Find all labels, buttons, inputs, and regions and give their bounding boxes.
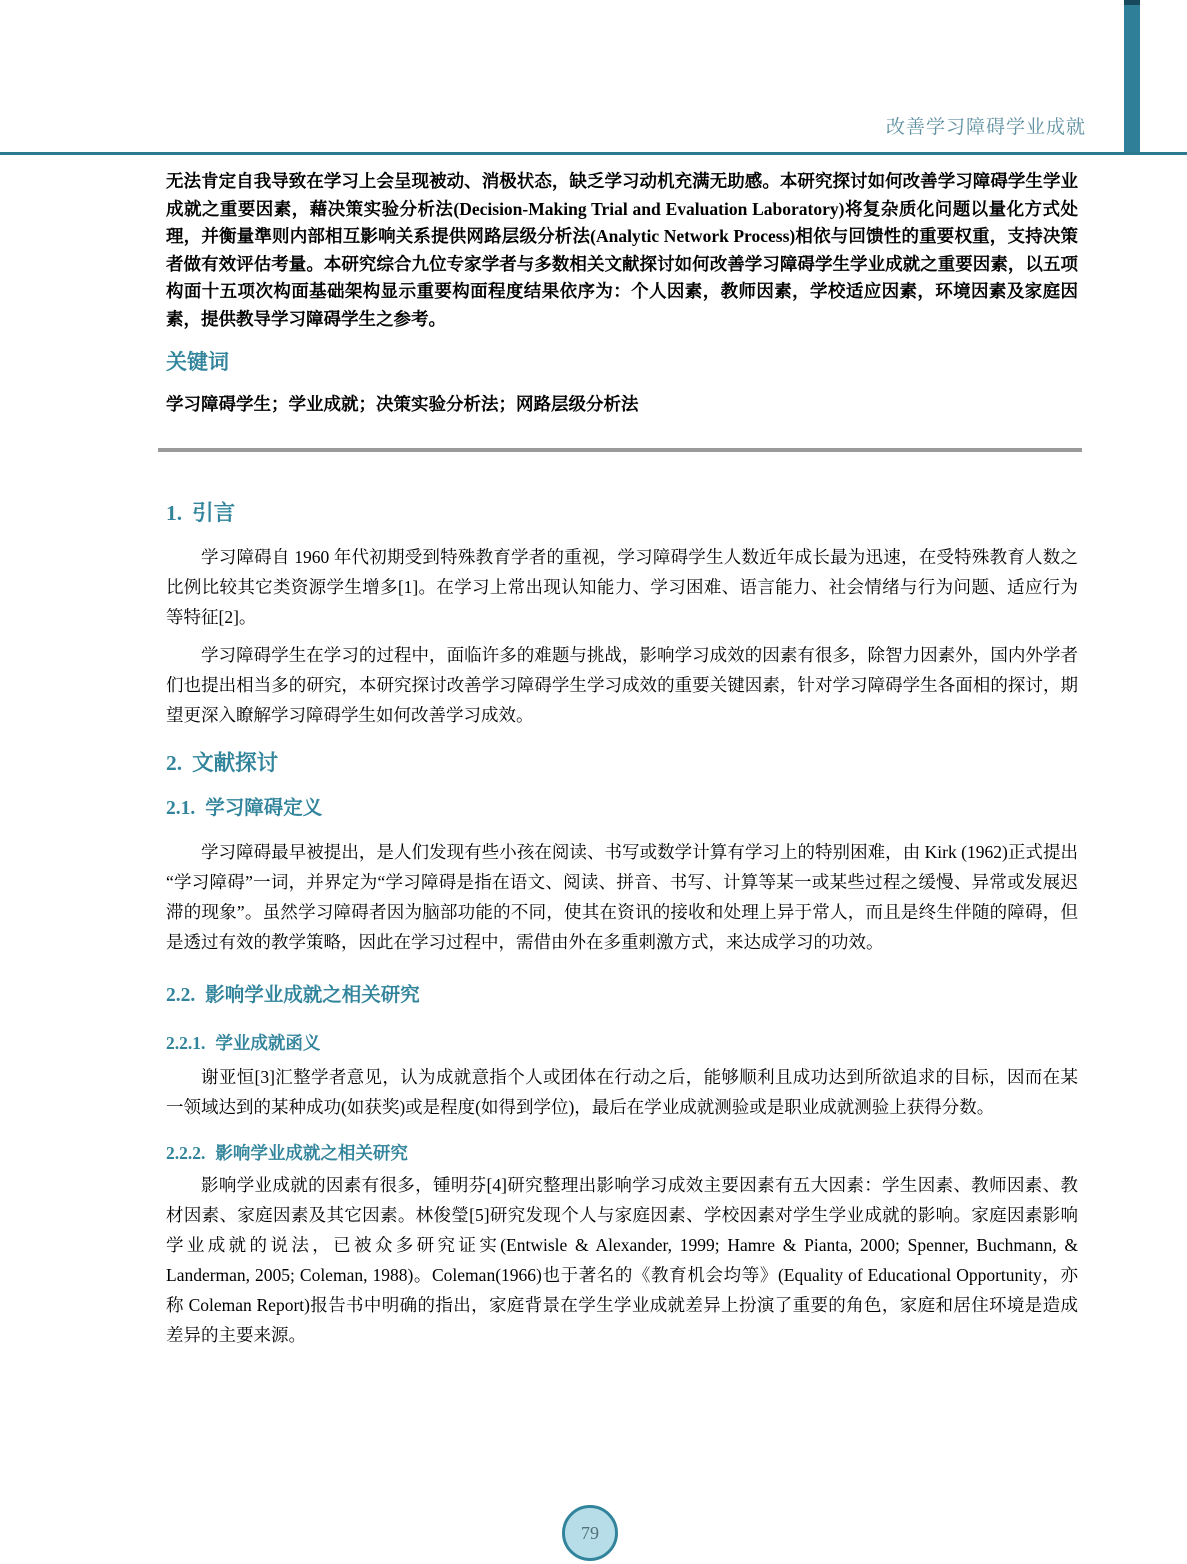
section-2-2-2-heading: 2.2.2.影响学业成就之相关研究 xyxy=(166,1140,1078,1166)
section-2-2-heading: 2.2.影响学业成就之相关研究 xyxy=(166,981,1078,1010)
section-number: 2.2.1. xyxy=(166,1033,205,1053)
section-number: 2. xyxy=(166,751,182,775)
section-number: 2.2. xyxy=(166,985,195,1006)
paragraph: 学习障碍自 1960 年代初期受到特殊教育学者的重视，学习障碍学生人数近年成长最… xyxy=(166,542,1078,632)
abstract-paragraph: 无法肯定自我导致在学习上会呈现被动、消极状态，缺乏学习动机充满无助感。本研究探讨… xyxy=(166,168,1078,333)
section-2-1-heading: 2.1.学习障碍定义 xyxy=(166,794,1078,823)
keywords-text: 学习障碍学生；学业成就；决策实验分析法；网路层级分析法 xyxy=(166,391,1078,418)
paragraph: 影响学业成就的因素有很多，锺明芬[4]研究整理出影响学习成效主要因素有五大因素：… xyxy=(166,1170,1078,1350)
header-rule xyxy=(0,152,1187,155)
section-2-heading: 2.文献探讨 xyxy=(166,748,1078,778)
section-number: 1. xyxy=(166,501,182,525)
section-title: 学习障碍定义 xyxy=(205,797,322,819)
section-2-2-1-heading: 2.2.1.学业成就函义 xyxy=(166,1030,1078,1056)
paragraph: 学习障碍学生在学习的过程中，面临许多的难题与挑战，影响学习成效的因素有很多，除智… xyxy=(166,640,1078,730)
abstract-divider xyxy=(158,448,1082,452)
document-page: 改善学习障碍学业成就 无法肯定自我导致在学习上会呈现被动、消极状态，缺乏学习动机… xyxy=(0,0,1187,1564)
paragraph: 谢亚恒[3]汇整学者意见，认为成就意指个人或团体在行动之后，能够顺利且成功达到所… xyxy=(166,1062,1078,1122)
page-number: 79 xyxy=(581,1523,599,1544)
section-1-heading: 1.引言 xyxy=(166,498,1078,528)
keywords-heading: 关键词 xyxy=(166,349,1078,377)
section-title: 引言 xyxy=(192,501,235,525)
section-number: 2.1. xyxy=(166,798,195,819)
section-title: 学业成就函义 xyxy=(215,1033,320,1053)
running-header: 改善学习障碍学业成就 xyxy=(886,112,1086,139)
section-title: 文献探讨 xyxy=(192,751,278,775)
paragraph: 学习障碍最早被提出，是人们发现有些小孩在阅读、书写或数学计算有学习上的特别困难，… xyxy=(166,837,1078,957)
page-number-badge: 79 xyxy=(562,1505,618,1561)
content-column: 无法肯定自我导致在学习上会呈现被动、消极状态，缺乏学习动机充满无助感。本研究探讨… xyxy=(166,168,1078,1350)
section-title: 影响学业成就之相关研究 xyxy=(205,984,420,1006)
top-right-accent-bar xyxy=(1124,0,1140,153)
section-title: 影响学业成就之相关研究 xyxy=(215,1143,408,1163)
section-number: 2.2.2. xyxy=(166,1143,205,1163)
